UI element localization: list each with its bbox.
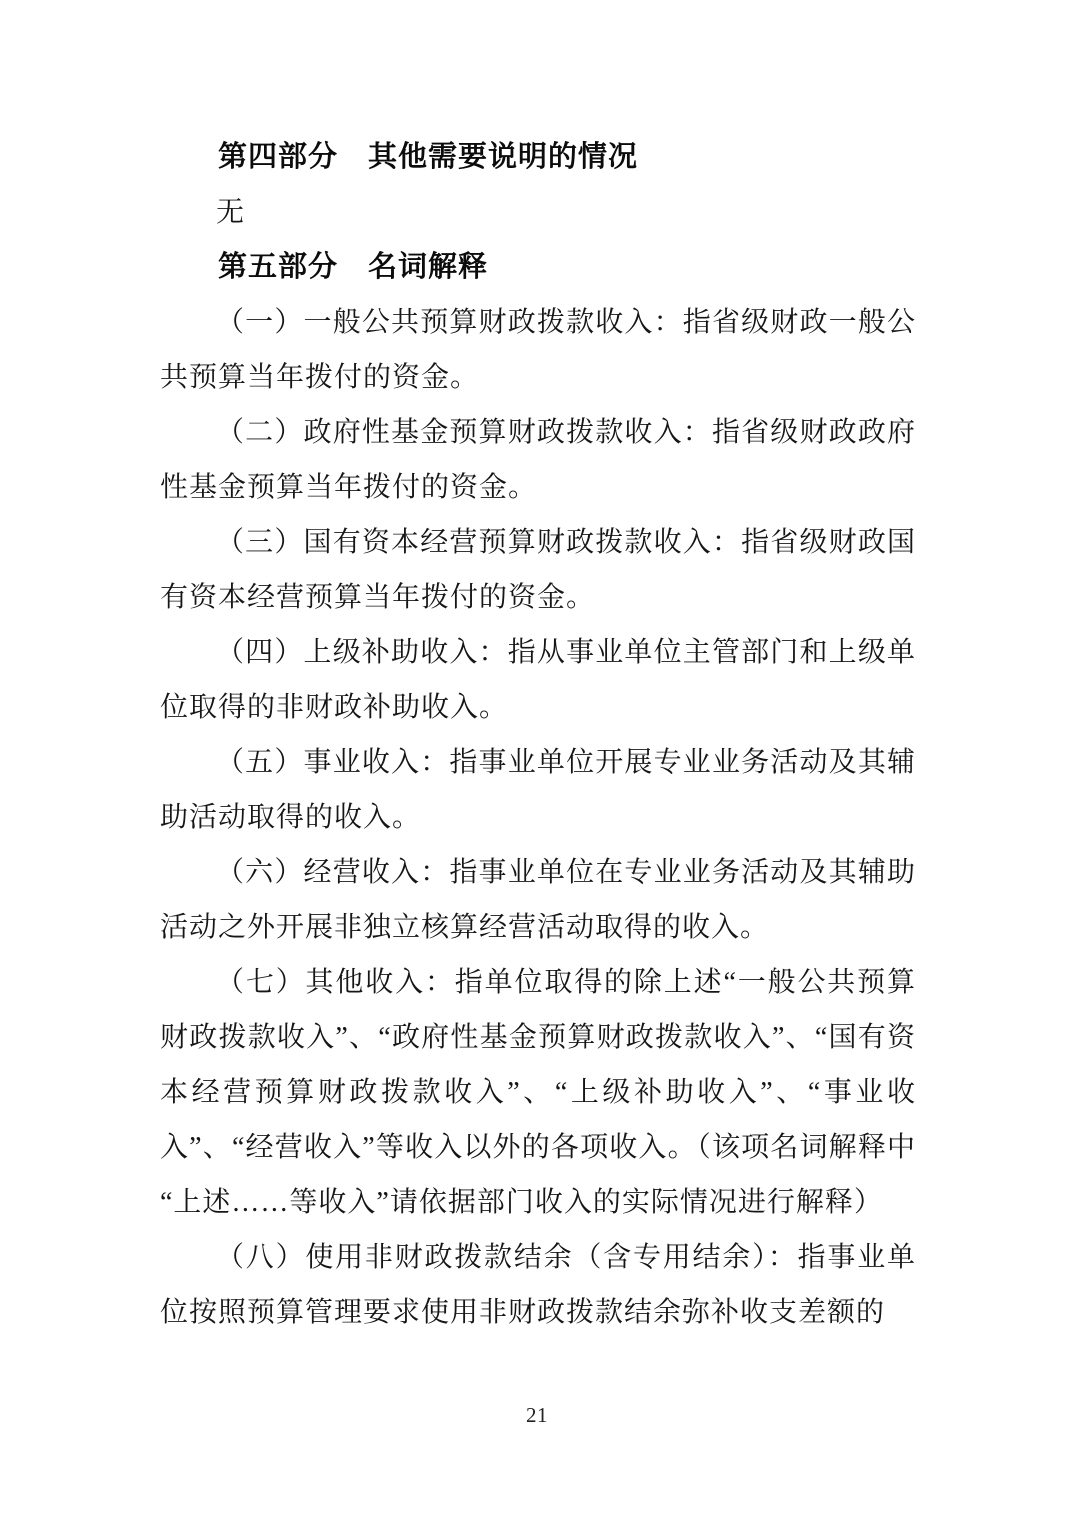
page-number: 21	[0, 1400, 1074, 1430]
paragraph-term-2: （二）政府性基金预算财政拨款收入：指省级财政政府性基金预算当年拨付的资金。	[160, 405, 916, 515]
paragraph-term-8: （八）使用非财政拨款结余（含专用结余）：指事业单位按照预算管理要求使用非财政拨款…	[160, 1230, 916, 1340]
section-heading-part4: 第四部分 其他需要说明的情况	[160, 130, 916, 185]
document-page: 第四部分 其他需要说明的情况 无 第五部分 名词解释 （一）一般公共预算财政拨款…	[0, 0, 1074, 1520]
document-body: 第四部分 其他需要说明的情况 无 第五部分 名词解释 （一）一般公共预算财政拨款…	[160, 130, 916, 1340]
paragraph-term-1: （一）一般公共预算财政拨款收入：指省级财政一般公共预算当年拨付的资金。	[160, 295, 916, 405]
paragraph-term-4: （四）上级补助收入：指从事业单位主管部门和上级单位取得的非财政补助收入。	[160, 625, 916, 735]
paragraph-term-5: （五）事业收入：指事业单位开展专业业务活动及其辅助活动取得的收入。	[160, 735, 916, 845]
paragraph-term-7: （七）其他收入：指单位取得的除上述“一般公共预算财政拨款收入”、“政府性基金预算…	[160, 955, 916, 1230]
section-heading-part5: 第五部分 名词解释	[160, 240, 916, 295]
paragraph-term-3: （三）国有资本经营预算财政拨款收入：指省级财政国有资本经营预算当年拨付的资金。	[160, 515, 916, 625]
paragraph-term-6: （六）经营收入：指事业单位在专业业务活动及其辅助活动之外开展非独立核算经营活动取…	[160, 845, 916, 955]
paragraph-none: 无	[160, 185, 916, 240]
